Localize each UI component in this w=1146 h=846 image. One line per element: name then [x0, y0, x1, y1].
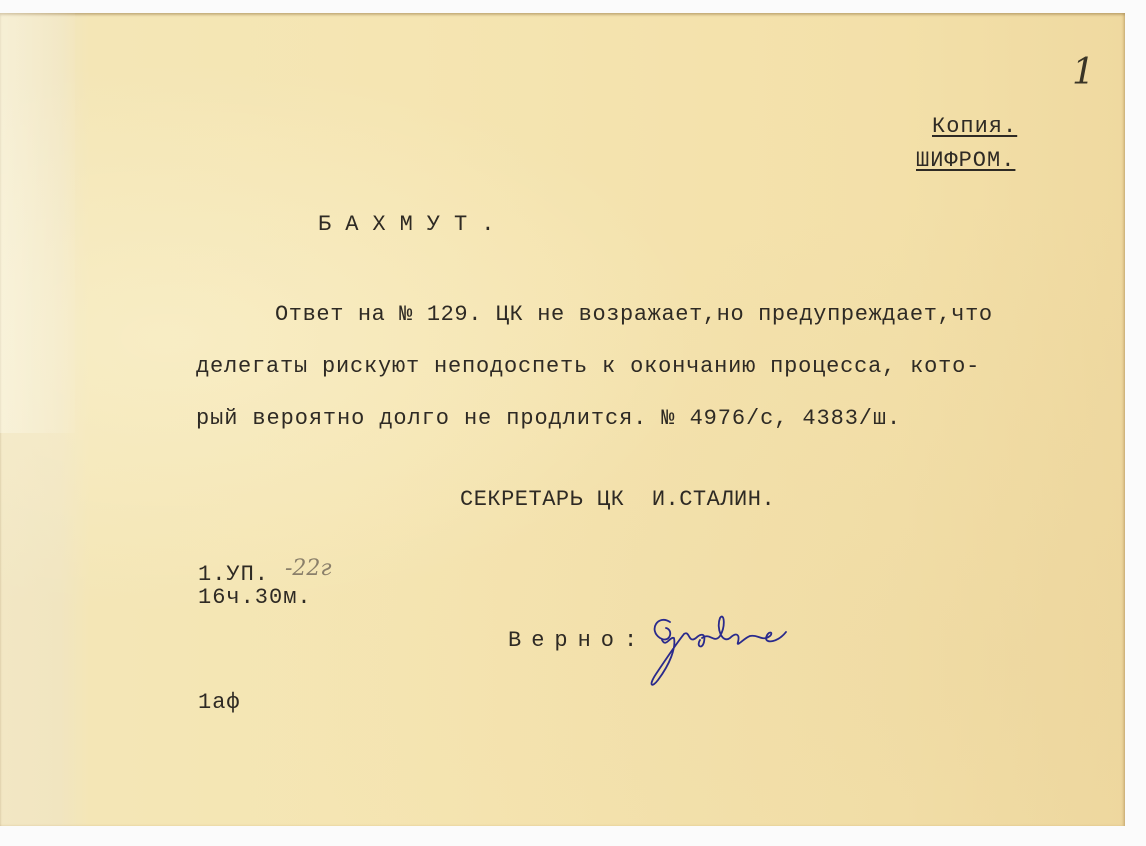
body-line-2: делегаты рискуют неподоспеть к окончанию…	[196, 356, 980, 378]
paper-fold-shade	[0, 13, 75, 433]
copy-label: Копия.	[932, 116, 1017, 138]
copies-note: 1аф	[198, 692, 241, 714]
verification-label: Верно:	[508, 630, 647, 652]
dispatch-time: 16ч.30м.	[198, 587, 312, 609]
handwritten-page-number: 1	[1072, 52, 1095, 93]
cipher-label: ШИФРОМ.	[916, 150, 1015, 172]
scanned-page: 1 Копия. ШИФРОМ. БАХМУТ. Ответ на № 129.…	[0, 0, 1146, 846]
body-line-1: Ответ на № 129. ЦК не возражает,но преду…	[275, 304, 993, 326]
body-line-3: рый вероятно долго не продлится. № 4976/…	[196, 408, 901, 430]
dispatch-line-1: 1.УП.	[198, 564, 269, 586]
signature-line: СЕКРЕТАРЬ ЦК И.СТАЛИН.	[460, 489, 775, 511]
handwritten-signature-icon	[640, 608, 790, 690]
addressee: БАХМУТ.	[318, 214, 508, 236]
pencil-note: -22г	[285, 556, 332, 581]
